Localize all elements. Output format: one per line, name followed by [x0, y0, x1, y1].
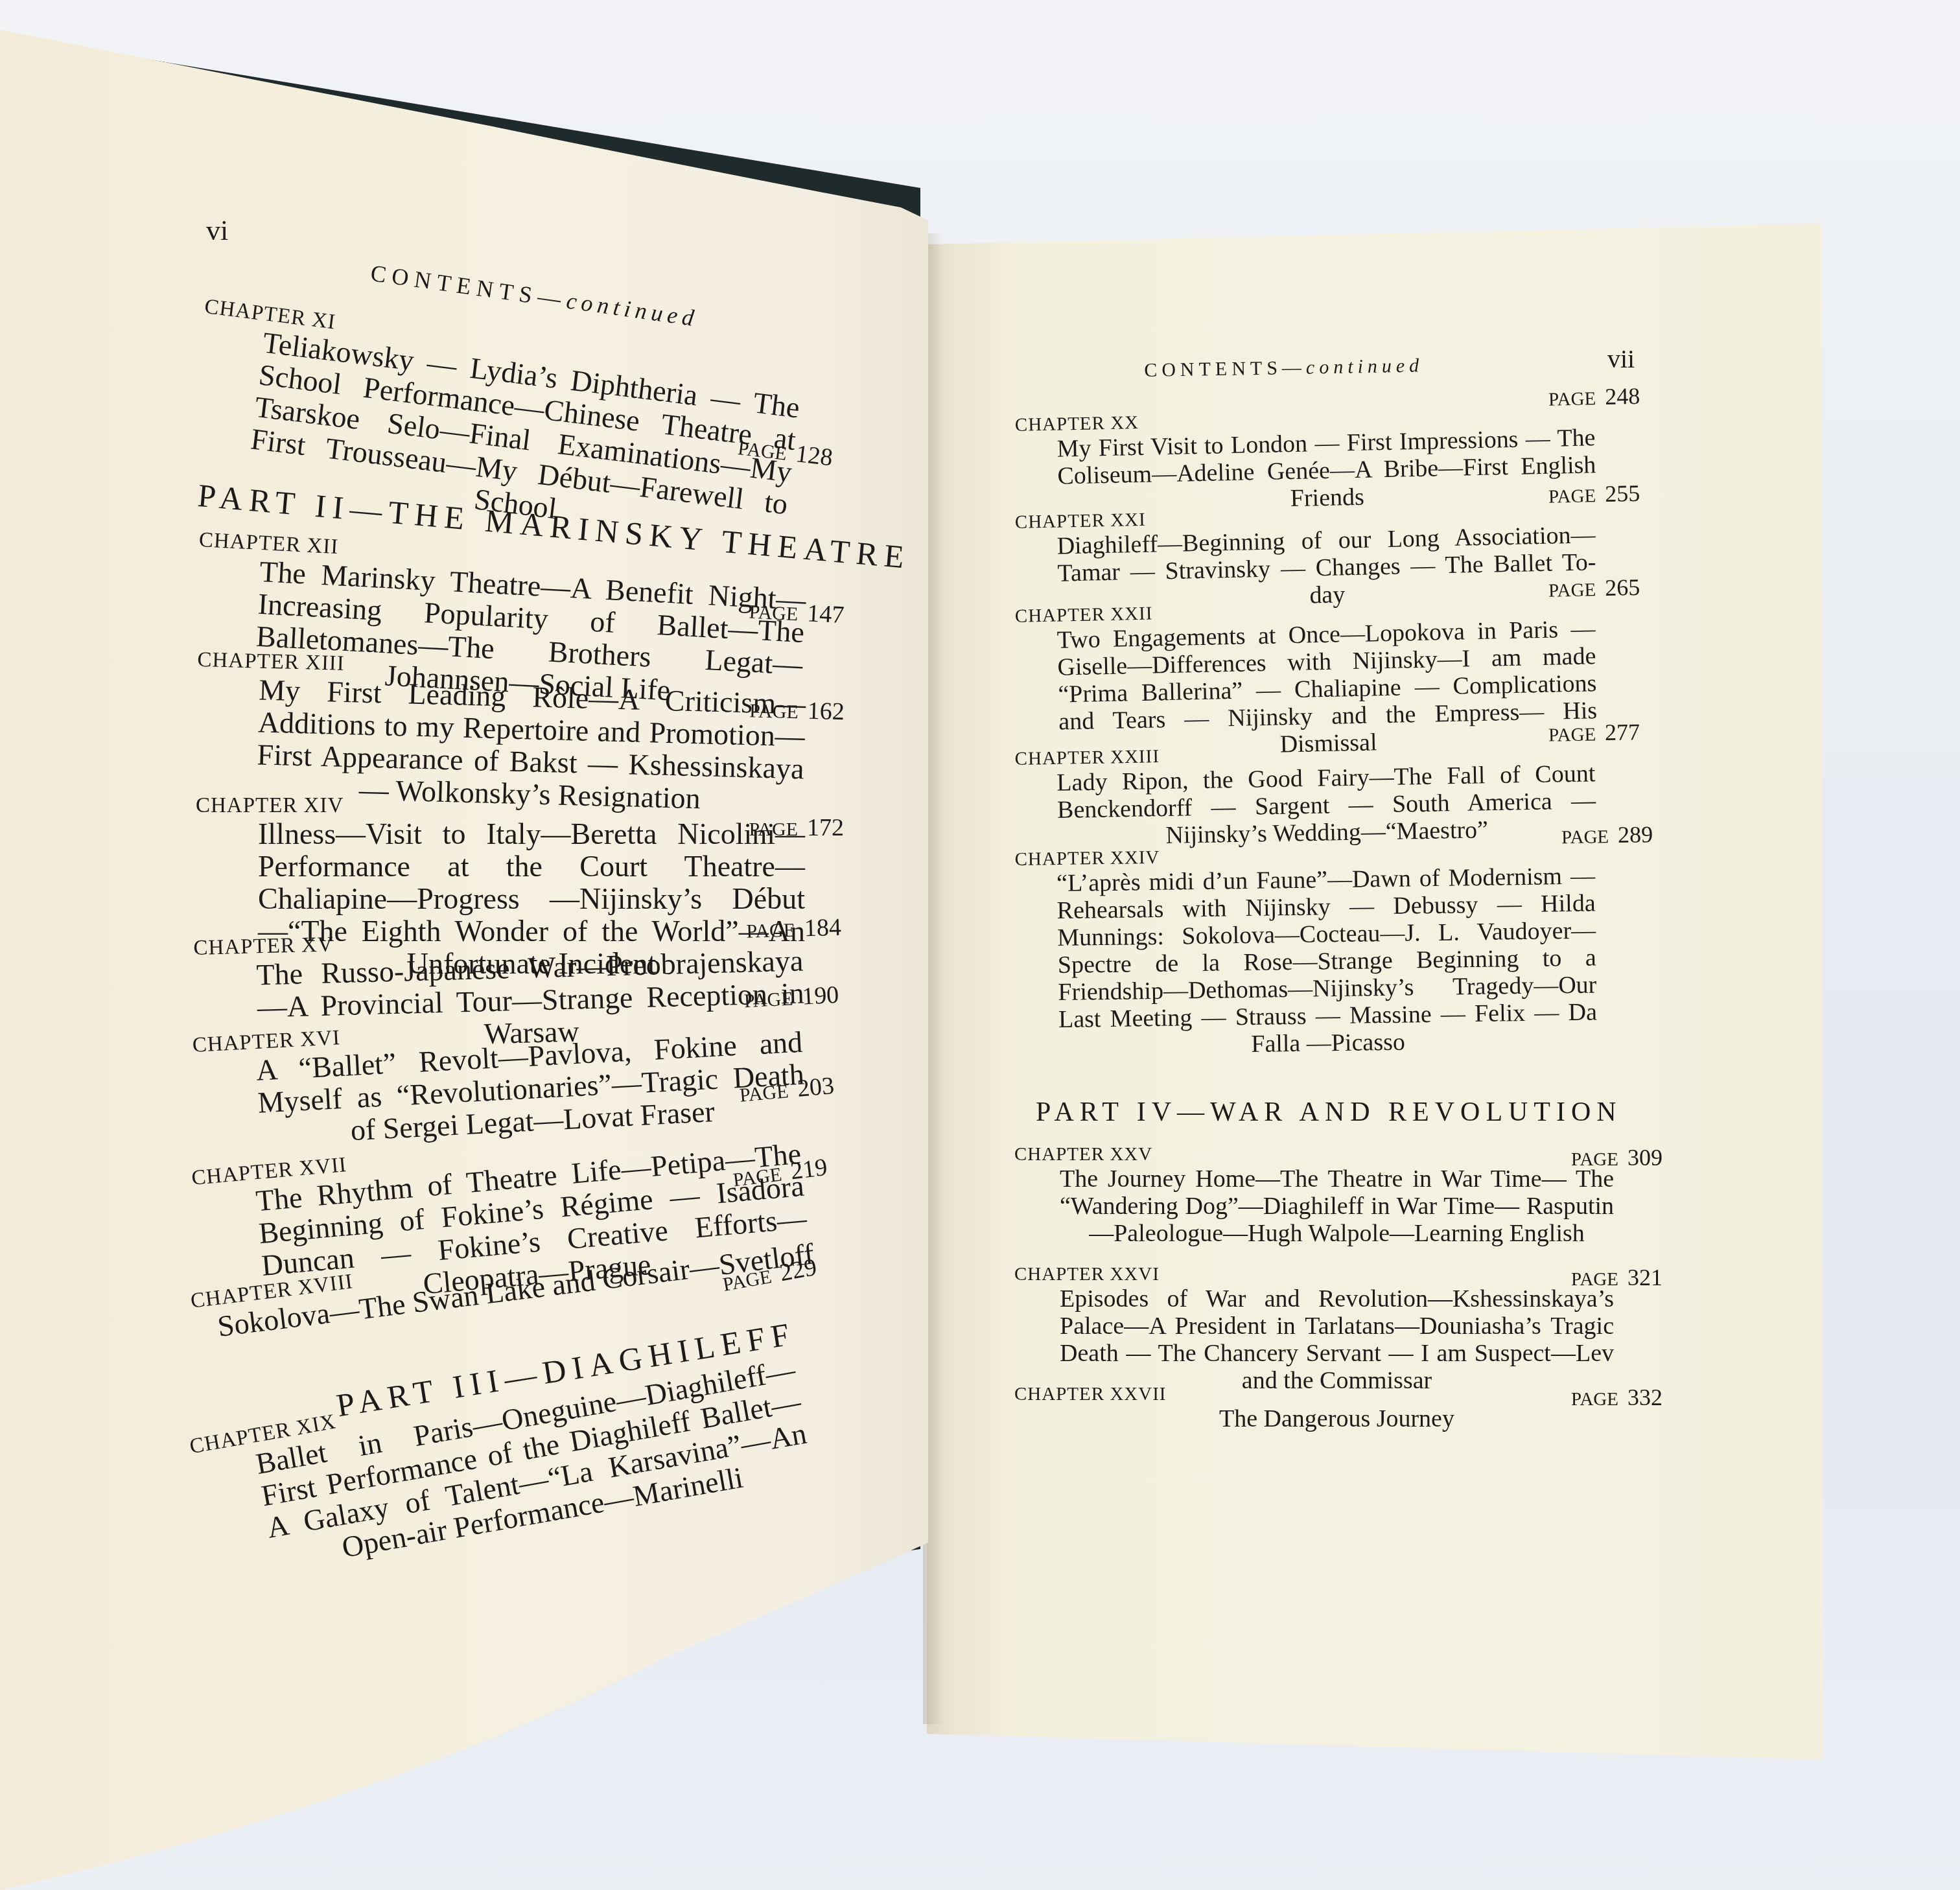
toc-entry: PAGE309 CHAPTER XXV The Journey Home—The…: [1014, 1144, 1662, 1247]
page-ref: PAGE172: [749, 813, 844, 842]
chapter-description: The Journey Home—The Theatre in War Time…: [1060, 1165, 1614, 1247]
page-number: 219: [789, 1154, 829, 1185]
chapter-label: CHAPTER XXVII: [1014, 1384, 1662, 1405]
page-number: 248: [1605, 383, 1640, 410]
chapter-description: The Dangerous Journey: [1060, 1405, 1614, 1432]
page-ref: PAGE321: [1571, 1264, 1662, 1291]
toc-entry: PAGE332 CHAPTER XXVII The Dangerous Jour…: [1014, 1384, 1662, 1432]
page-ref: PAGE162: [749, 695, 845, 726]
page-number: 162: [807, 697, 845, 725]
page-number: 203: [796, 1072, 835, 1102]
page-number: 147: [806, 600, 845, 629]
page-number: 289: [1618, 821, 1653, 848]
page-ref: PAGE289: [1561, 821, 1653, 849]
page-ref: PAGE309: [1571, 1144, 1662, 1171]
page-ref: PAGE147: [749, 596, 845, 630]
toc-entry: PAGE289 CHAPTER XXIV “L’après midi d’un …: [1014, 824, 1656, 1061]
page-number: 128: [794, 440, 834, 472]
toc-entry: CHAPTER XIII PAGE162 My First Leading Rô…: [194, 648, 846, 819]
page-ref: PAGE332: [1571, 1384, 1662, 1411]
page-ref: PAGE255: [1548, 480, 1640, 509]
page-ref: PAGE265: [1548, 574, 1640, 603]
page-ref: PAGE190: [743, 981, 840, 1014]
chapter-label: CHAPTER XXVI: [1014, 1264, 1662, 1285]
page-number: 309: [1627, 1145, 1662, 1171]
page-number: 255: [1605, 480, 1640, 507]
page-ref: PAGE184: [746, 913, 842, 944]
page-number: 172: [807, 814, 844, 841]
toc-entry: PAGE321 CHAPTER XXVI Episodes of War and…: [1014, 1264, 1662, 1394]
page-ref: PAGE248: [1548, 382, 1640, 412]
page-number: 332: [1627, 1384, 1662, 1410]
page-folio: vii: [1607, 344, 1635, 374]
heading-continued: continued: [1306, 355, 1424, 378]
page-ref: PAGE277: [1548, 718, 1640, 747]
chapter-description: Episodes of War and Revolution—Kshessins…: [1060, 1285, 1614, 1394]
open-book-photo: vi CONTENTS—continued CHAPTER XI PAGE128…: [0, 0, 1960, 1890]
chapter-label: CHAPTER XIV: [196, 794, 844, 818]
page-number: 321: [1627, 1265, 1662, 1290]
chapter-label: CHAPTER XXV: [1014, 1144, 1662, 1165]
page-number: 277: [1605, 719, 1640, 745]
page-folio: vi: [206, 214, 228, 247]
chapter-description: “L’après midi d’un Faune”—Dawn of Modern…: [1056, 862, 1598, 1060]
page-number: 190: [801, 981, 839, 1010]
part-heading: PART IV—WAR AND REVOLUTION: [1036, 1097, 1622, 1128]
heading-main: CONTENTS—: [1144, 357, 1306, 381]
page-number: 265: [1605, 574, 1640, 601]
page-number: 229: [778, 1254, 819, 1287]
page-number: 184: [804, 914, 841, 942]
